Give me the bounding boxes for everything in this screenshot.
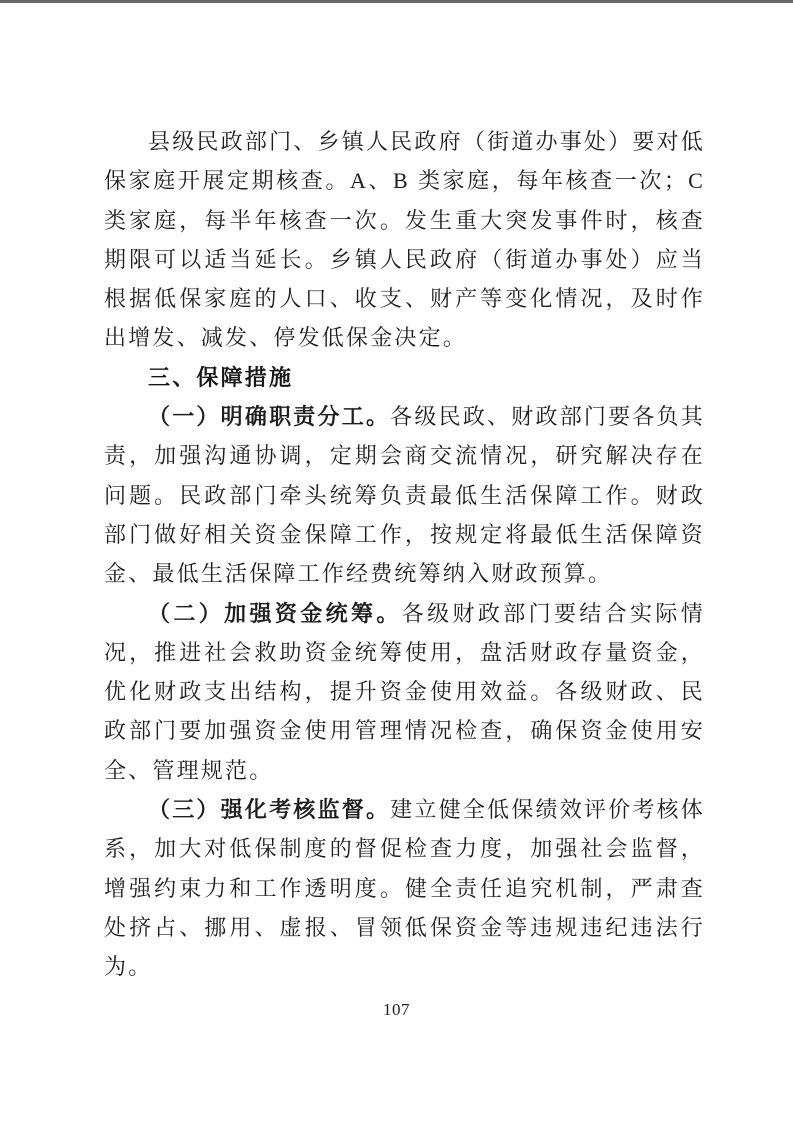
item-1-body: 各级民政、财政部门要各负其责，加强沟通协调，定期会商交流情况，研究解决存在问题。… [104,404,705,586]
page-number: 107 [383,1000,410,1019]
paragraph-periodic-verification: 县级民政部门、乡镇人民政府（街道办事处）要对低保家庭开展定期核查。A、B 类家庭… [104,122,705,358]
document-body: 县级民政部门、乡镇人民政府（街道办事处）要对低保家庭开展定期核查。A、B 类家庭… [104,122,705,987]
paragraph-item-2: （二）加强资金统筹。各级财政部门要结合实际情况，推进社会救助资金统筹使用，盘活财… [104,594,705,790]
item-2-body: 各级财政部门要结合实际情况，推进社会救助资金统筹使用，盘活财政存量资金，优化财政… [104,601,705,783]
item-2-lead: （二）加强资金统筹。 [148,601,402,626]
item-3-lead: （三）强化考核监督。 [148,797,390,822]
item-1-lead: （一）明确职责分工。 [148,404,390,429]
scan-edge-artifact [0,0,793,3]
page-footer: 107 [0,1000,793,1020]
paragraph-item-1: （一）明确职责分工。各级民政、财政部门要各负其责，加强沟通协调，定期会商交流情况… [104,397,705,593]
section-heading-safeguard-measures: 三、保障措施 [104,358,705,397]
paragraph-item-3: （三）强化考核监督。建立健全低保绩效评价考核体系，加大对低保制度的督促检查力度，… [104,790,705,986]
item-3-body: 建立健全低保绩效评价考核体系，加大对低保制度的督促检查力度，加强社会监督，增强约… [104,797,705,979]
